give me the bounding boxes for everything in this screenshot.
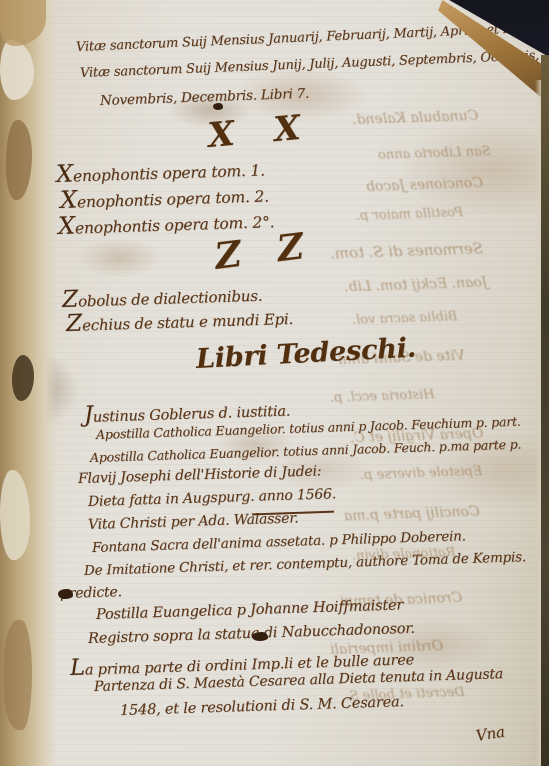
binding-stain: [4, 620, 32, 730]
manuscript-photo: Cunabula Kalend. San Liborio anno Concio…: [0, 0, 549, 766]
binding-shadow-band: [541, 55, 549, 766]
ink-blot: [213, 103, 223, 110]
ink-blot: [58, 589, 73, 599]
ink-blot: [252, 632, 268, 641]
